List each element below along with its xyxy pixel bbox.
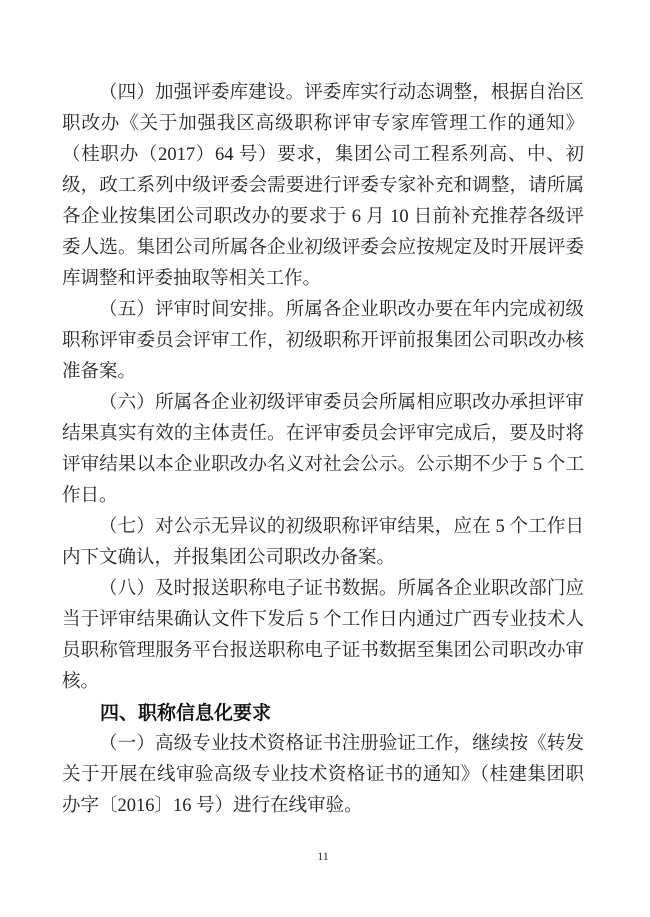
- section-heading: 四、职称信息化要求: [62, 698, 584, 729]
- document-body: （四）加强评委库建设。评委库实行动态调整，根据自治区职改办《关于加强我区高级职称…: [62, 78, 584, 822]
- paragraph-item-4: （四）加强评委库建设。评委库实行动态调整，根据自治区职改办《关于加强我区高级职称…: [62, 78, 584, 295]
- paragraph-item-1: （一）高级专业技术资格证书注册验证工作，继续按《转发关于开展在线审验高级专业技术…: [62, 729, 584, 822]
- paragraph-item-7: （七）对公示无异议的初级职称评审结果，应在 5 个工作日内下文确认，并报集团公司…: [62, 512, 584, 574]
- page-number: 11: [62, 849, 584, 864]
- paragraph-item-5: （五）评审时间安排。所属各企业职改办要在年内完成初级职称评审委员会评审工作，初级…: [62, 295, 584, 388]
- paragraph-item-6: （六）所属各企业初级评审委员会所属相应职改办承担评审结果真实有效的主体责任。在评…: [62, 388, 584, 512]
- document-page: （四）加强评委库建设。评委库实行动态调整，根据自治区职改办《关于加强我区高级职称…: [0, 0, 650, 917]
- paragraph-item-8: （八）及时报送职称电子证书数据。所属各企业职改部门应当于评审结果确认文件下发后 …: [62, 574, 584, 698]
